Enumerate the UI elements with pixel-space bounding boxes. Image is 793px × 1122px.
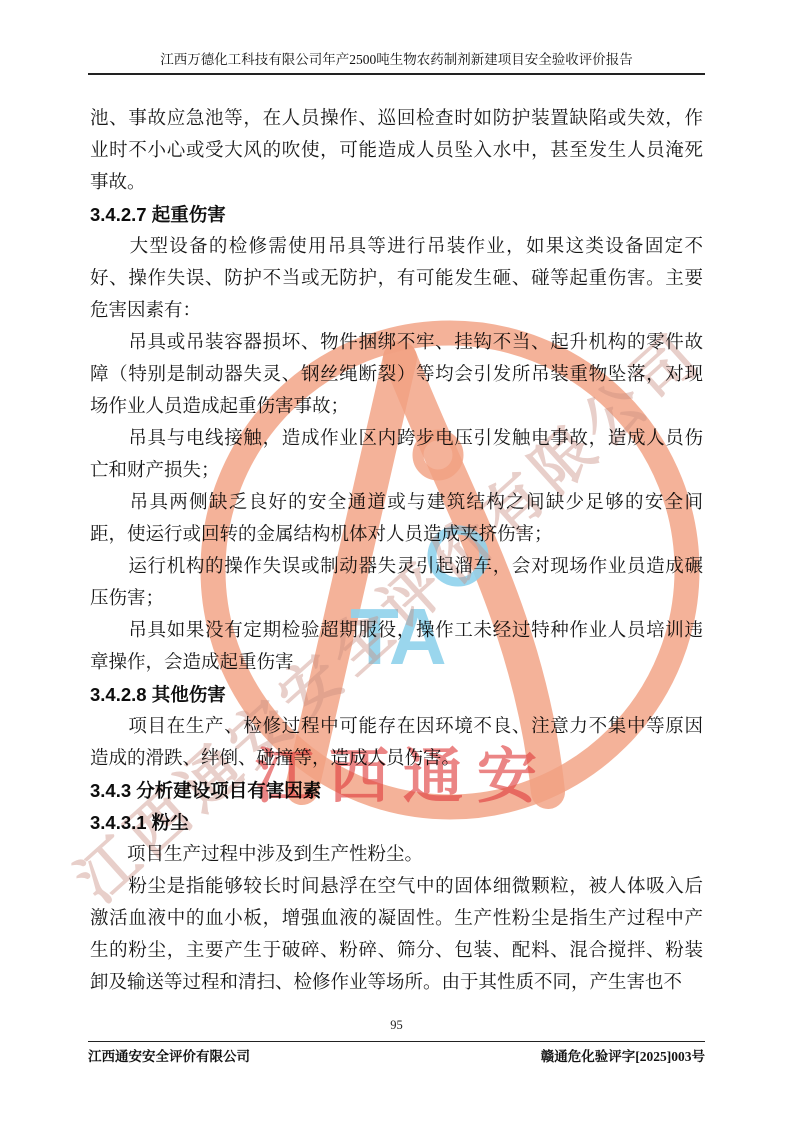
report-page: 江西万德化工科技有限公司年产2500吨生物农药制剂新建项目安全验收评价报告 池、… xyxy=(0,0,793,1122)
body-line: 池、事故应急池等，在人员操作、巡回检查时如防护装置缺陷或失效，作 xyxy=(90,103,703,135)
body-line: 吊具与电线接触，造成作业区内跨步电压引发触电事故，造成人员伤 xyxy=(90,423,703,455)
body-line: 项目在生产、检修过程中可能存在因环境不良、注意力不集中等原因 xyxy=(90,711,703,743)
section-heading: 3.4.2.8 其他伤害 xyxy=(90,679,703,711)
body-line: 吊具或吊装容器损坏、物件捆绑不牢、挂钩不当、起升机构的零件故 xyxy=(90,327,703,359)
body-line: 吊具如果没有定期检验超期服役，操作工未经过特种作业人员培训违 xyxy=(90,615,703,647)
body-line: 好、操作失误、防护不当或无防护，有可能发生砸、碰等起重伤害。主要 xyxy=(90,263,703,295)
body-line: 项目生产过程中涉及到生产性粉尘。 xyxy=(90,839,703,871)
body-line: 卸及输送等过程和清扫、检修作业等场所。由于其性质不同，产生害也不 xyxy=(90,967,703,999)
section-heading: 3.4.2.7 起重伤害 xyxy=(90,199,703,231)
section-heading: 3.4.3 分析建设项目有害因素 xyxy=(90,775,703,807)
document-body: 池、事故应急池等，在人员操作、巡回检查时如防护装置缺陷或失效，作业时不小心或受大… xyxy=(90,103,703,999)
body-line: 亡和财产损失； xyxy=(90,455,703,487)
body-line: 障（特别是制动器失灵、钢丝绳断裂）等均会引发所吊装重物坠落，对现 xyxy=(90,359,703,391)
body-line: 造成的滑跌、绊倒、碰撞等，造成人员伤害。 xyxy=(90,743,703,775)
footer-doc-number: 赣通危化验评字[2025]003号 xyxy=(541,1045,705,1065)
body-line: 章操作，会造成起重伤害 xyxy=(90,647,703,679)
section-heading: 3.4.3.1 粉尘 xyxy=(90,807,703,839)
body-line: 危害因素有： xyxy=(90,295,703,327)
footer-company: 江西通安安全评价有限公司 xyxy=(88,1045,250,1065)
page-header-title: 江西万德化工科技有限公司年产2500吨生物农药制剂新建项目安全验收评价报告 xyxy=(88,50,705,70)
footer: 江西通安安全评价有限公司 赣通危化验评字[2025]003号 xyxy=(88,1045,705,1065)
page-number: 95 xyxy=(88,1018,705,1033)
body-line: 距，使运行或回转的金属结构机体对人员造成夹挤伤害； xyxy=(90,519,703,551)
body-line: 激活血液中的血小板，增强血液的凝固性。生产性粉尘是指生产过程中产 xyxy=(90,903,703,935)
body-line: 事故。 xyxy=(90,167,703,199)
body-line: 粉尘是指能够较长时间悬浮在空气中的固体细微颗粒，被人体吸入后 xyxy=(90,871,703,903)
body-line: 场作业人员造成起重伤害事故； xyxy=(90,391,703,423)
body-line: 大型设备的检修需使用吊具等进行吊装作业，如果这类设备固定不 xyxy=(90,231,703,263)
body-line: 生的粉尘，主要产生于破碎、粉碎、筛分、包装、配料、混合搅拌、粉装 xyxy=(90,935,703,967)
header-rule xyxy=(88,73,705,75)
body-line: 吊具两侧缺乏良好的安全通道或与建筑结构之间缺少足够的安全间 xyxy=(90,487,703,519)
body-line: 业时不小心或受大风的吹使，可能造成人员坠入水中，甚至发生人员淹死 xyxy=(90,135,703,167)
footer-rule xyxy=(88,1041,705,1042)
body-line: 压伤害； xyxy=(90,583,703,615)
body-line: 运行机构的操作失误或制动器失灵引起溜车，会对现场作业员造成碾 xyxy=(90,551,703,583)
